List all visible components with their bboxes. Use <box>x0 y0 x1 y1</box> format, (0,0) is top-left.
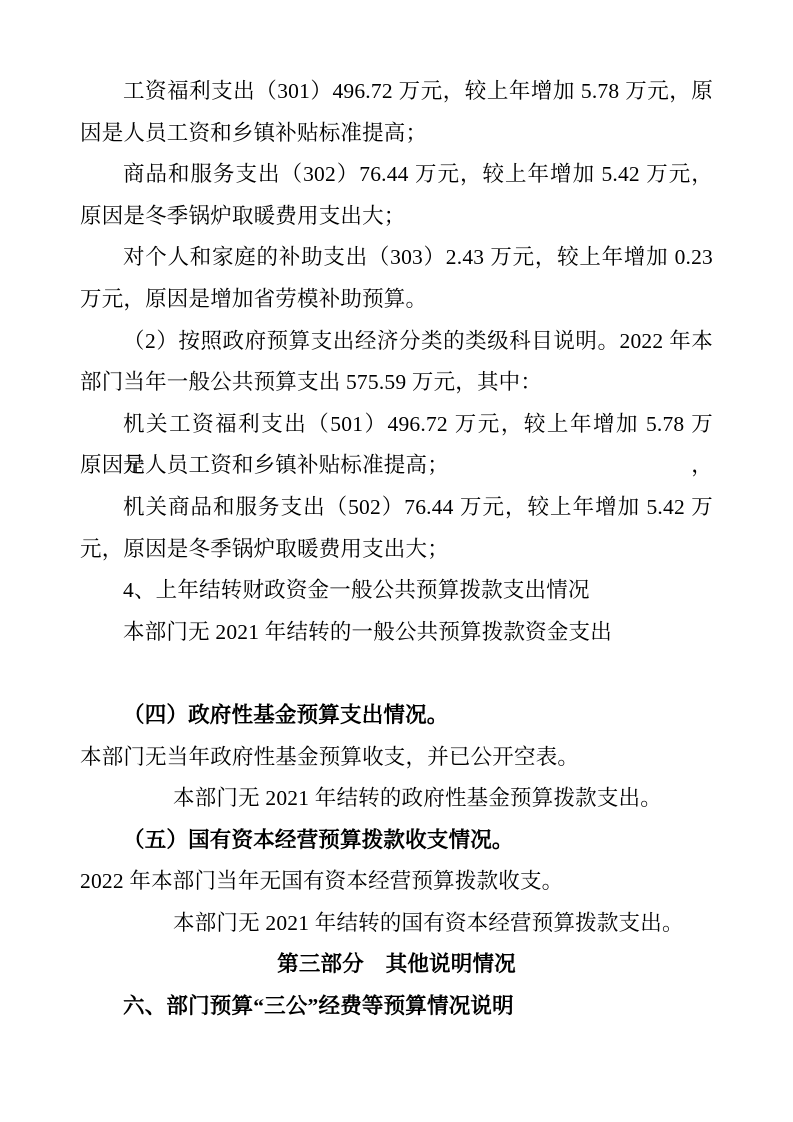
heading-part-3: 第三部分 其他说明情况 <box>80 944 713 986</box>
para-gov-fund-line1: 本部门无当年政府性基金预算收支，并已公开空表。 <box>80 737 713 779</box>
document-page: 工资福利支出（301）496.72 万元，较上年增加 5.78 万元，原 因是人… <box>0 0 793 1122</box>
para-subsidy-303-line1: 对个人和家庭的补助支出（303）2.43 万元，较上年增加 0.23 <box>80 237 713 279</box>
para-subsidy-303-line2: 万元，原因是增加省劳模补助预算。 <box>80 279 713 321</box>
blank-line <box>80 653 713 695</box>
para-state-capital-line2: 本部门无 2021 年结转的国有资本经营预算拨款支出。 <box>80 903 713 945</box>
heading-section-5: （五）国有资本经营预算拨款收支情况。 <box>80 820 713 862</box>
para-org-goods-502-line1: 机关商品和服务支出（502）76.44 万元，较上年增加 5.42 万 <box>80 487 713 529</box>
para-goods-302-line2: 原因是冬季锅炉取暖费用支出大； <box>80 196 713 238</box>
heading-item-6: 六、部门预算“三公”经费等预算情况说明 <box>80 986 713 1028</box>
para-state-capital-line1: 2022 年本部门当年无国有资本经营预算拨款收支。 <box>80 861 713 903</box>
para-econ-class-line2: 部门当年一般公共预算支出 575.59 万元，其中： <box>80 362 713 404</box>
para-org-goods-502-line2: 元，原因是冬季锅炉取暖费用支出大； <box>80 529 713 571</box>
heading-section-4: （四）政府性基金预算支出情况。 <box>80 695 713 737</box>
item-4-carryover-body: 本部门无 2021 年结转的一般公共预算拨款资金支出 <box>80 612 713 654</box>
para-gov-fund-line2: 本部门无 2021 年结转的政府性基金预算拨款支出。 <box>80 778 713 820</box>
item-4-carryover-title: 4、上年结转财政资金一般公共预算拨款支出情况 <box>80 570 713 612</box>
para-salary-301-line2: 因是人员工资和乡镇补贴标准提高； <box>80 113 713 155</box>
para-goods-302-line1: 商品和服务支出（302）76.44 万元，较上年增加 5.42 万元， <box>80 154 713 196</box>
para-org-salary-501-line1: 机关工资福利支出（501）496.72 万元，较上年增加 5.78 万元， <box>80 404 713 446</box>
para-salary-301-line1: 工资福利支出（301）496.72 万元，较上年增加 5.78 万元，原 <box>80 71 713 113</box>
para-econ-class-line1: （2）按照政府预算支出经济分类的类级科目说明。2022 年本 <box>80 321 713 363</box>
